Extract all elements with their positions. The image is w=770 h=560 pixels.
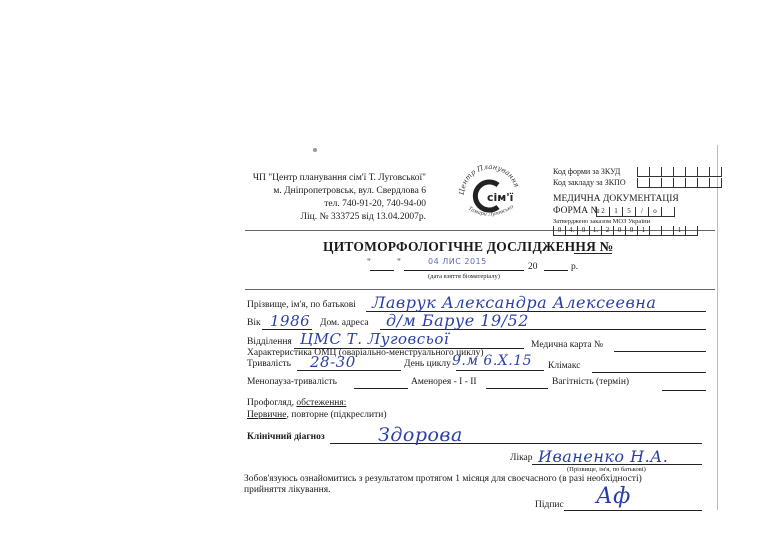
name-label: Прізвище, ім'я, по батькові xyxy=(247,300,356,310)
code-box: 0 xyxy=(553,226,565,236)
signature-line xyxy=(564,510,702,511)
diagnosis-value[interactable]: Здорова xyxy=(378,424,463,446)
approved-label: Затверджено заказом МОЗ України xyxy=(553,218,650,225)
title-number-line xyxy=(574,253,612,254)
signature-label: Підпис xyxy=(535,500,564,510)
code-box: 1 xyxy=(673,226,685,236)
doctor-caption: (Прізвище, ім'я, по батькові) xyxy=(567,466,646,473)
month-line xyxy=(404,270,524,271)
med-doc-label: МЕДИЧНА ДОКУМЕНТАЦІЯ xyxy=(553,194,679,204)
org-license: Ліц. № 333725 від 13.04.2007р. xyxy=(246,211,426,224)
climax-line xyxy=(592,372,706,373)
form-number-boxes: 215/о xyxy=(596,207,675,217)
code-box xyxy=(649,226,661,236)
date-quote-close: " xyxy=(397,258,401,268)
date-stamp: 04 ЛИС 2015 xyxy=(428,257,487,266)
form-label: ФОРМА № xyxy=(553,206,600,216)
org-phone: тел. 740-91-20, 740-94-00 xyxy=(246,198,426,211)
logo-emblem-icon: Центр Планування Тамари Луговської сім'ї xyxy=(454,155,526,227)
address-label: Дом. адреса xyxy=(320,318,369,328)
age-label: Вік xyxy=(247,318,261,328)
department-value[interactable]: ЦМС Т. Луговсьої xyxy=(300,330,449,348)
exam-label: Профогляд, обстеження: xyxy=(247,398,346,408)
code-box: 0 xyxy=(625,226,637,236)
omc-label: Характеристика ОМЦ (оваріально-менструал… xyxy=(247,348,484,358)
org-address: м. Дніпропетровськ, вул. Свердлова 6 xyxy=(246,185,426,198)
year-prefix: 20 xyxy=(528,262,538,272)
scan-dot xyxy=(313,148,317,152)
repeat-option: , повторне (підкреслити) xyxy=(286,410,386,420)
clinic-logo: Центр Планування Тамари Луговської сім'ї xyxy=(454,155,526,227)
code-box: 1. xyxy=(589,226,601,236)
age-value[interactable]: 1986 xyxy=(270,312,310,330)
cycle-day-label: День циклу xyxy=(404,359,451,369)
org-name: ЧП "Центр планування сім'ї Т. Луговської… xyxy=(231,172,426,185)
code-box: 4. xyxy=(565,226,577,236)
doctor-label: Лікар xyxy=(510,453,533,463)
code-box: о xyxy=(648,207,661,217)
cycle-day-value[interactable]: 9.м 6.Х.15 xyxy=(452,353,532,369)
code-box: 0 xyxy=(577,226,589,236)
year-line xyxy=(544,270,568,271)
amenorrhea-line xyxy=(486,388,548,389)
commitment-line-2: прийняття лікування. xyxy=(244,485,330,495)
code-box: 0 xyxy=(613,226,625,236)
duration-label: Тривалість xyxy=(247,359,291,369)
diagnosis-label: Клінічний діагноз xyxy=(247,432,325,442)
code-box xyxy=(685,226,698,236)
org-block: ЧП "Центр планування сім'ї Т. Луговської… xyxy=(246,172,426,224)
day-line xyxy=(370,270,394,271)
zkpo-boxes xyxy=(637,178,722,188)
exam-type-options: Первичне, повторне (підкреслити) xyxy=(247,410,387,420)
menopause-line xyxy=(354,388,408,389)
zkpo-label: Код закладу за ЗКПО xyxy=(553,178,626,187)
primary-option[interactable]: Первичне xyxy=(247,410,286,420)
climax-label: Клімакс xyxy=(548,361,580,371)
address-value[interactable]: д/м Баруе 19/52 xyxy=(386,311,529,330)
pregnancy-label: Вагітність (термін) xyxy=(552,377,629,387)
zkud-label: Код форми за ЗКУД xyxy=(553,167,620,176)
code-box: 1 xyxy=(637,226,649,236)
section-divider xyxy=(245,289,715,290)
duration-value[interactable]: 28-30 xyxy=(310,353,356,371)
code-box: 2 xyxy=(601,226,613,236)
zkud-boxes xyxy=(637,167,722,177)
approved-code-boxes: 04.01.20011 xyxy=(553,226,698,236)
med-card-label: Медична карта № xyxy=(531,340,603,350)
code-box xyxy=(661,226,673,236)
cycle-day-line xyxy=(456,370,544,371)
name-value[interactable]: Лаврук Александра Алексеевна xyxy=(372,293,656,312)
page-title: ЦИТОМОРФОЛОГІЧНЕ ДОСЛІДЖЕННЯ № xyxy=(323,239,613,255)
scan-edge-right xyxy=(717,145,718,510)
amenorrhea-label: Аменорея - I - II xyxy=(411,377,477,387)
svg-text:сім'ї: сім'ї xyxy=(487,191,514,204)
year-suffix: р. xyxy=(571,262,578,272)
doctor-value[interactable]: Иваненко Н.А. xyxy=(538,447,668,466)
commitment-line-1: Зобов'язуюсь ознайомитись з результатом … xyxy=(244,474,642,484)
code-box: / xyxy=(635,207,648,217)
code-box xyxy=(661,207,675,217)
department-label: Відділення xyxy=(247,337,292,347)
menopause-label: Менопауза-тривалість xyxy=(247,377,337,387)
code-box: 2 xyxy=(596,207,609,217)
date-quote-open: " xyxy=(367,258,371,268)
pregnancy-line xyxy=(662,390,706,391)
code-box: 1 xyxy=(609,207,622,217)
signature-value[interactable]: Аф xyxy=(596,484,631,509)
med-card-line xyxy=(614,351,706,352)
code-box: 5 xyxy=(622,207,635,217)
date-caption: (дата взяття біоматеріалу) xyxy=(428,273,500,280)
